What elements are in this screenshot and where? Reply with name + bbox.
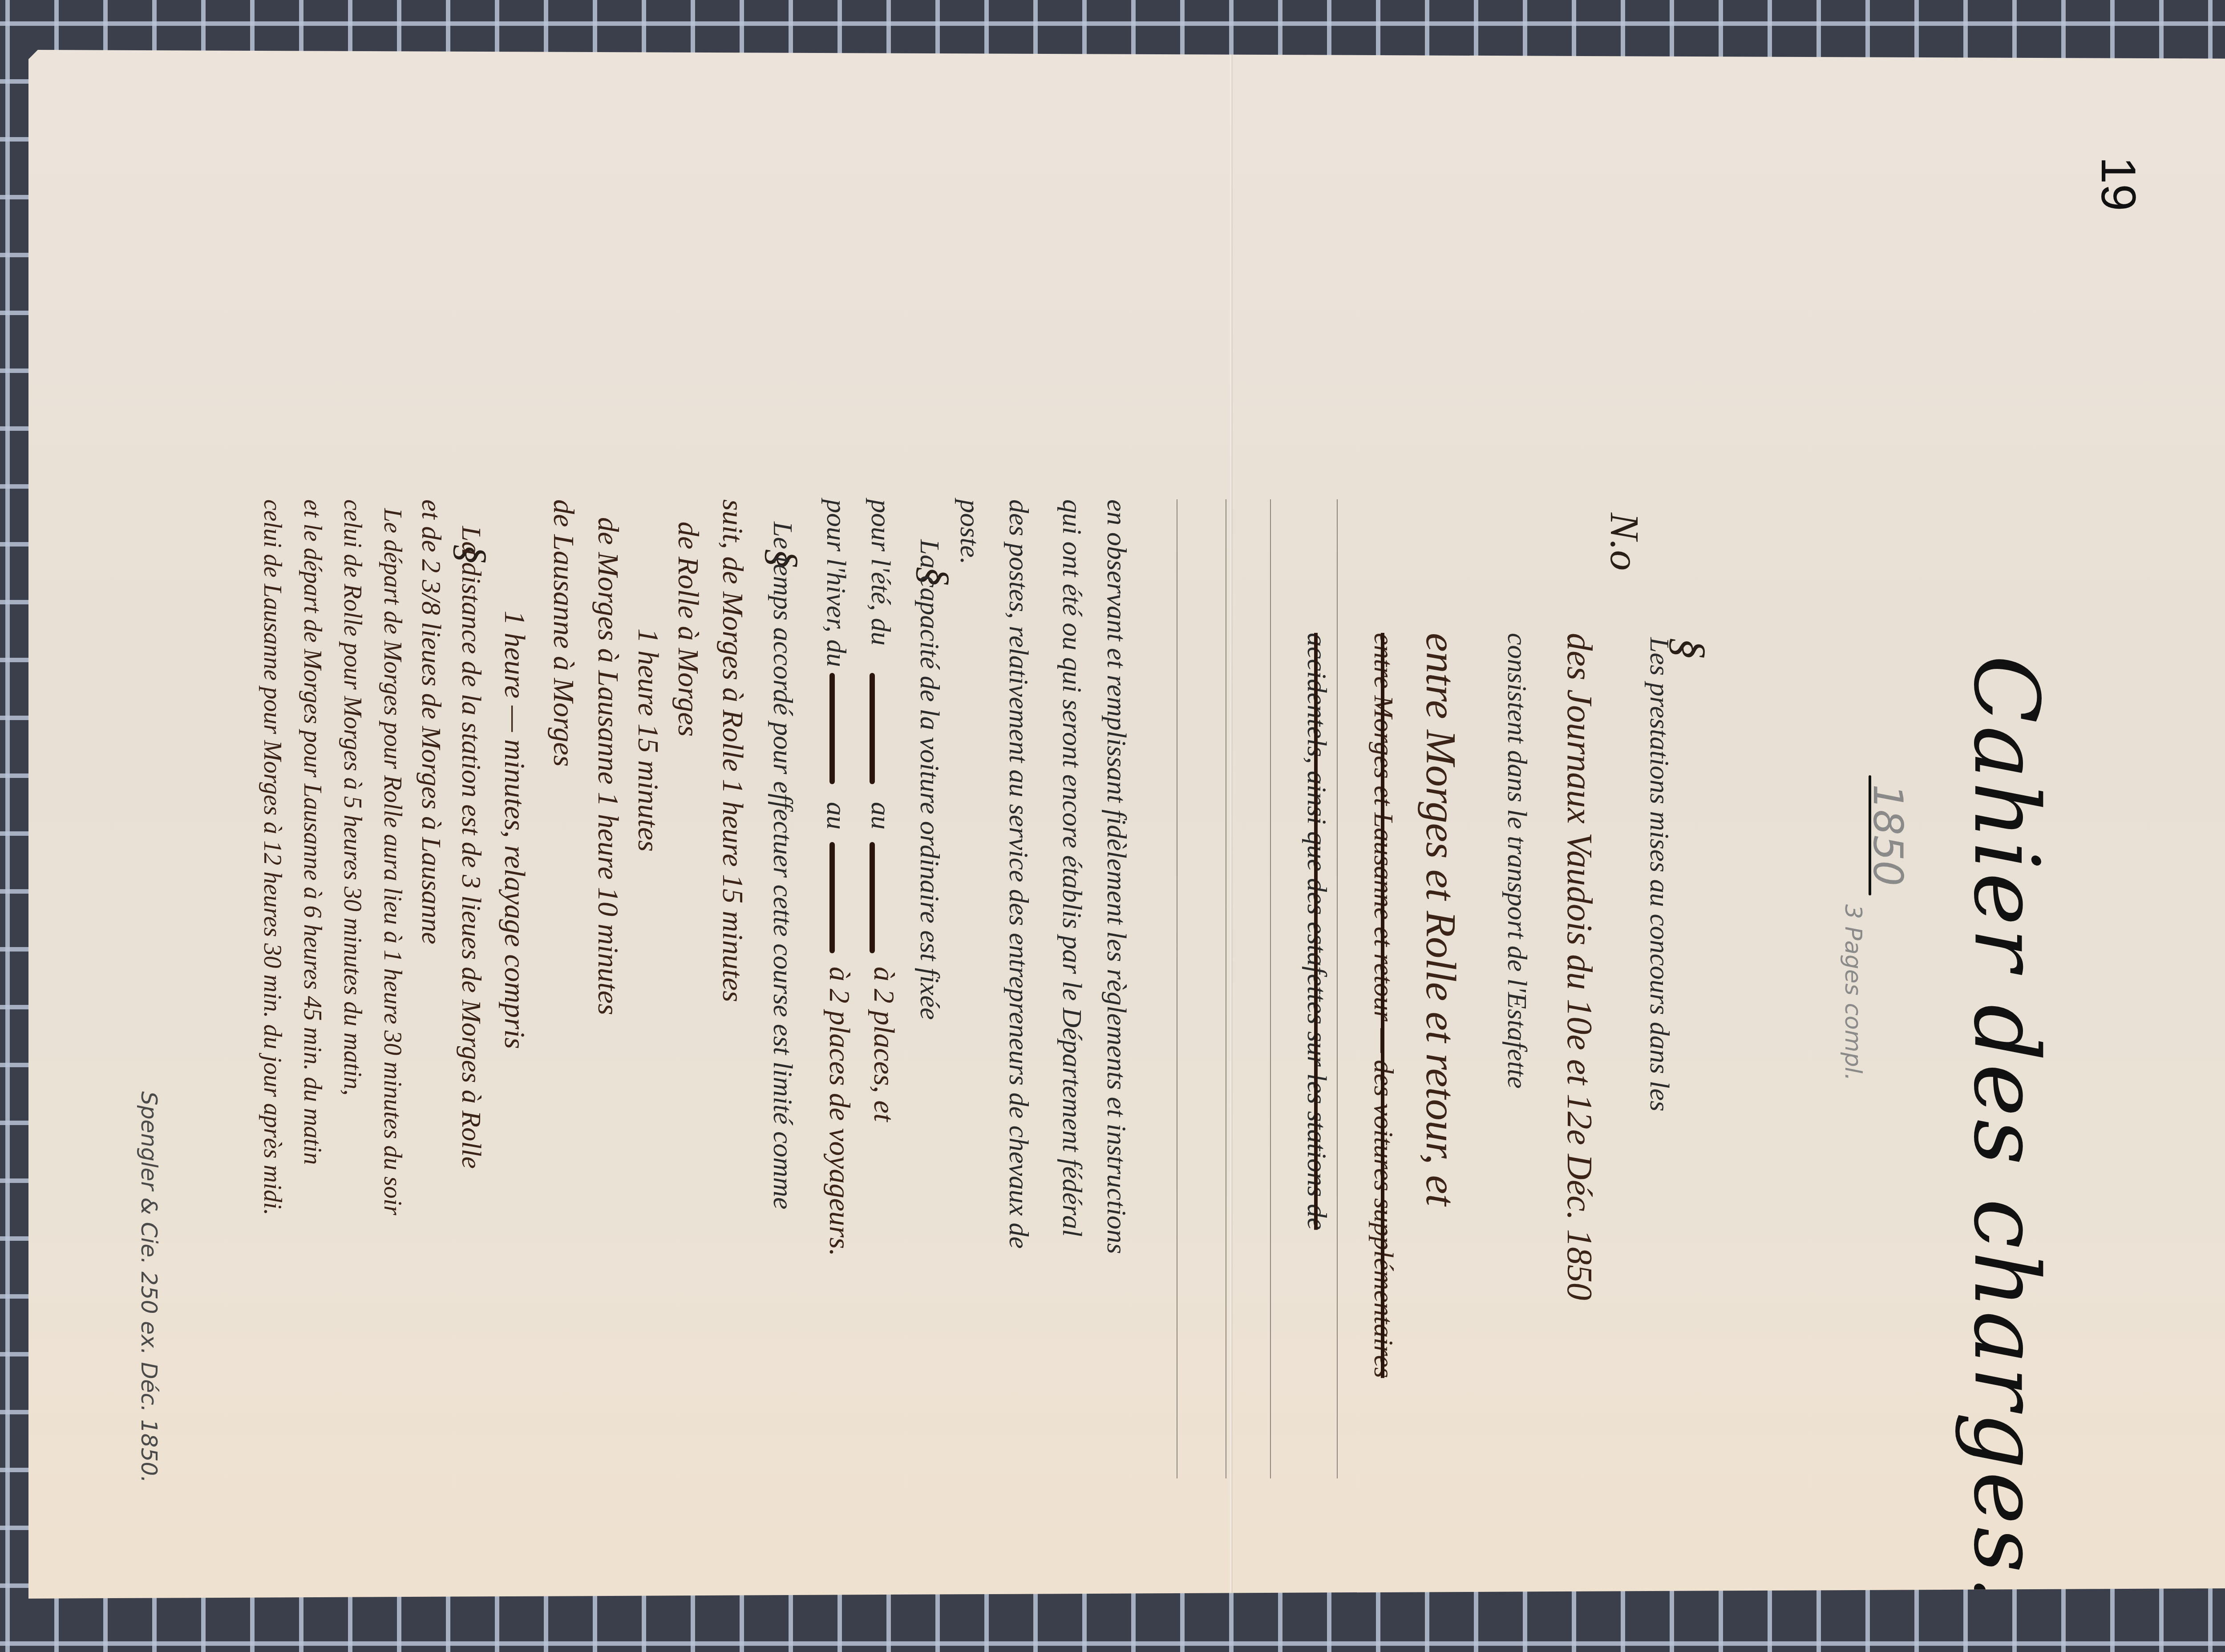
- para4-line4: celui de Rolle pour Morges à 5 heures 30…: [338, 499, 367, 1096]
- para1-line1: Les prestations mises au concours dans l…: [1643, 637, 1675, 1111]
- para4-line6: celui de Lausanne pour Morges à 12 heure…: [258, 499, 287, 1215]
- para1-line2: des Journaux Vaudois du 10e et 12e Déc. …: [1559, 633, 1599, 1300]
- para1-line10: poste.: [954, 499, 985, 564]
- printer-imprint: Spengler & Cie. 250 ex. Déc. 1850.: [136, 1091, 162, 1483]
- blank-rule-1: [1337, 499, 1338, 1478]
- para2-line3-prefix: pour l'hiver, du: [820, 499, 852, 667]
- para3-line3: de Rolle à Morges: [671, 522, 705, 737]
- date-blank-summer-to: [870, 842, 875, 953]
- para3-line6: de Lausanne à Morges: [546, 499, 580, 767]
- para2-line3-mid: au: [820, 802, 852, 830]
- para2-line3-value: à 2 places de voyageurs.: [822, 967, 856, 1256]
- blank-rule-2: [1270, 499, 1271, 1478]
- para2-line2-mid: au: [865, 802, 896, 830]
- center-fold: [1230, 50, 1233, 1599]
- para1-line4: entre Morges et Rolle et retour, et: [1416, 633, 1466, 1206]
- date-blank-summer-from: [870, 673, 875, 784]
- para1-line9: des postes, relativement au service des …: [1003, 499, 1034, 1249]
- para1-line5-struck: entre Morges et Lausanne et retour — des…: [1367, 633, 1399, 1378]
- para4-line1: La distance de la station est de 3 lieue…: [455, 526, 487, 1169]
- para3-line7: 1 heure — minutes, relayage compris: [498, 611, 531, 1049]
- blank-rule-4: [1177, 499, 1177, 1478]
- para2-line2-prefix: pour l'été, du: [865, 499, 896, 645]
- para3-line4: 1 heure 15 minutes: [631, 628, 665, 852]
- date-blank-winter-from: [829, 673, 835, 784]
- para3-line1: Le temps accordé pour effectuer cette co…: [767, 522, 798, 1210]
- number-label: N.o: [1601, 513, 1648, 571]
- document-title: Cahier des charges.: [1954, 655, 2058, 1606]
- para1-line3: consistent dans le transport de l'Estafe…: [1501, 633, 1533, 1089]
- para4-line5: et le départ de Morges pour Lausanne à 6…: [298, 499, 327, 1165]
- para3-line2: suit, de Morges à Rolle 1 heure 15 minut…: [716, 499, 749, 1002]
- pencil-note: 3 Pages compl.: [1840, 904, 1866, 1081]
- date-blank-winter-to: [829, 842, 835, 953]
- para2-line2-value: à 2 places, et: [867, 967, 901, 1122]
- para4-line2: et de 2 3/8 lieues de Morges à Lausanne: [415, 499, 447, 944]
- para3-line5: de Morges à Lausanne 1 heure 10 minutes: [591, 517, 625, 1015]
- blank-rule-3: [1226, 499, 1226, 1478]
- document-page: 19 Cahier des charges. 1850 3 Pages comp…: [28, 50, 2225, 1599]
- title-underline: [1869, 775, 1871, 895]
- para1-line7: en observant et remplissant fidèlement l…: [1100, 499, 1132, 1254]
- para1-line8: qui ont été ou qui seront encore établis…: [1056, 499, 1088, 1237]
- para1-line6-struck: accidentels, ainsi que des estafettes su…: [1301, 633, 1332, 1230]
- page-number: 19: [2090, 157, 2147, 211]
- para4-line3: Le départ de Morges pour Rolle aura lieu…: [378, 508, 407, 1215]
- para2-line1: La capacité de la voiture ordinaire est …: [914, 539, 945, 1020]
